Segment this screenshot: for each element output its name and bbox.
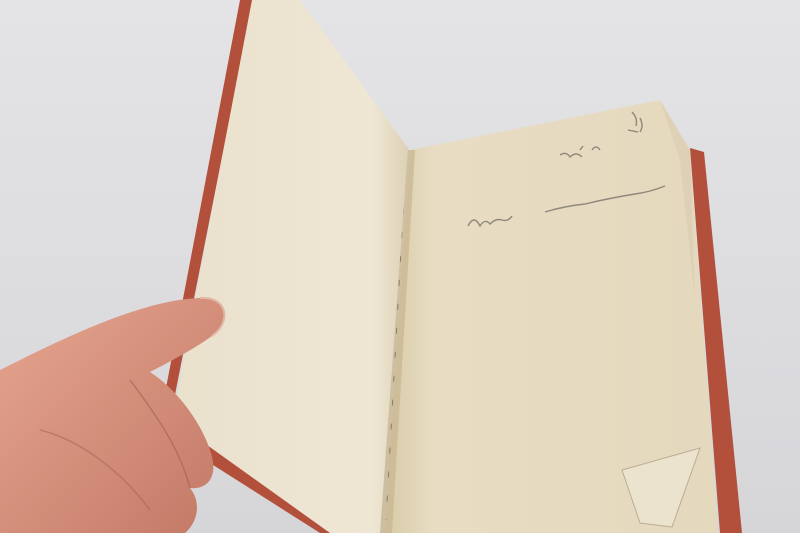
photo-scene: An open antique book with a red cloth co…	[0, 0, 800, 533]
book-photo	[0, 0, 800, 533]
right-page	[385, 100, 718, 533]
hand	[0, 298, 225, 533]
